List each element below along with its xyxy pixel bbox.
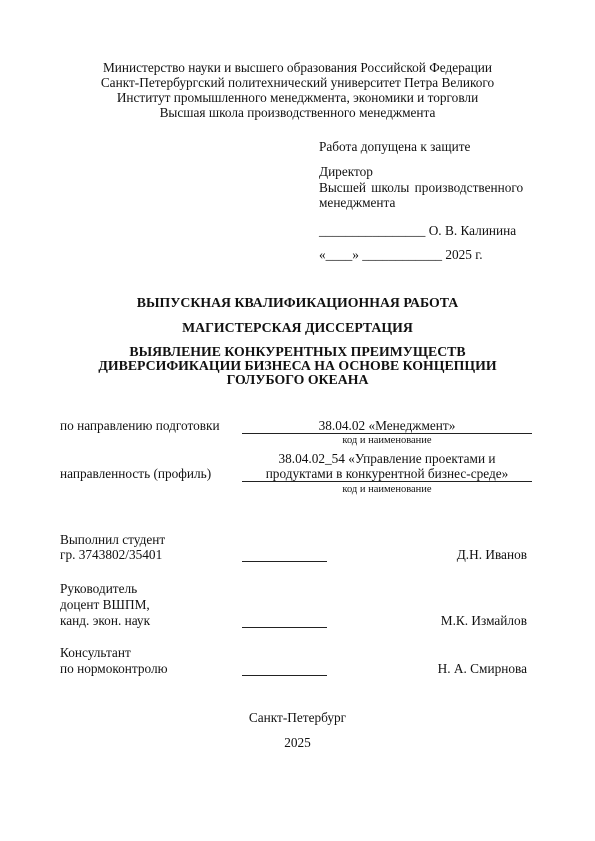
school-line: Высшая школа производственного менеджмен… bbox=[0, 105, 595, 121]
student-role: Выполнил студент bbox=[60, 532, 165, 548]
direction-hint: код и наименование bbox=[242, 435, 532, 447]
director-title: Директор bbox=[319, 164, 373, 180]
supervisor-position: доцент ВШПМ, bbox=[60, 597, 150, 613]
director-department-line2: менеджмента bbox=[319, 195, 395, 211]
student-group: гр. 3743802/35401 bbox=[60, 547, 162, 563]
date-month-blank: ____________ bbox=[362, 247, 442, 262]
university-line: Санкт-Петербургский политехнический унив… bbox=[0, 75, 595, 91]
topic-line-3: ГОЛУБОГО ОКЕАНА bbox=[0, 373, 595, 387]
supervisor-role: Руководитель bbox=[60, 581, 137, 597]
date-close-quote: » bbox=[352, 247, 359, 262]
footer-city: Санкт-Петербург bbox=[0, 710, 595, 726]
student-name: Д.Н. Иванов bbox=[457, 547, 527, 563]
consultant-name: Н. А. Смирнова bbox=[438, 661, 527, 677]
topic-line-2: ДИВЕРСИФИКАЦИИ БИЗНЕСА НА ОСНОВЕ КОНЦЕПЦ… bbox=[0, 359, 595, 373]
director-signature-row: ________________ О. В. Калинина bbox=[319, 223, 516, 239]
student-signature-line bbox=[242, 561, 327, 562]
direction-value: 38.04.02 «Менеджмент» bbox=[242, 418, 532, 434]
footer-year: 2025 bbox=[0, 735, 595, 751]
profile-underline bbox=[242, 481, 532, 482]
profile-value-line1: 38.04.02_54 «Управление проектами и bbox=[242, 451, 532, 467]
consultant-role: Консультант bbox=[60, 645, 131, 661]
direction-label: по направлению подготовки bbox=[60, 418, 220, 434]
work-subtype-title: МАГИСТЕРСКАЯ ДИССЕРТАЦИЯ bbox=[0, 320, 595, 336]
profile-hint: код и наименование bbox=[242, 484, 532, 496]
institute-line: Институт промышленного менеджмента, экон… bbox=[0, 90, 595, 106]
date-open-quote: « bbox=[319, 247, 326, 262]
director-name: О. В. Калинина bbox=[429, 223, 516, 238]
admitted-text: Работа допущена к защите bbox=[319, 139, 470, 155]
direction-underline bbox=[242, 433, 532, 434]
supervisor-name: М.К. Измайлов bbox=[441, 613, 527, 629]
profile-value-line2: продуктами в конкурентной бизнес-среде» bbox=[242, 466, 532, 482]
ministry-line: Министерство науки и высшего образования… bbox=[0, 60, 595, 76]
approval-date-row: «____» ____________ 2025 г. bbox=[319, 247, 483, 263]
date-day-blank: ____ bbox=[326, 247, 353, 262]
topic-line-1: ВЫЯВЛЕНИЕ КОНКУРЕНТНЫХ ПРЕИМУЩЕСТВ bbox=[0, 345, 595, 359]
work-type-title: ВЫПУСКНАЯ КВАЛИФИКАЦИОННАЯ РАБОТА bbox=[0, 295, 595, 311]
date-year: 2025 г. bbox=[445, 247, 482, 262]
consultant-area: по нормоконтролю bbox=[60, 661, 168, 677]
director-department-line1: Высшей школы производственного bbox=[319, 180, 523, 196]
profile-label: направленность (профиль) bbox=[60, 466, 211, 482]
consultant-signature-line bbox=[242, 675, 327, 676]
supervisor-degree: канд. экон. наук bbox=[60, 613, 150, 629]
signature-blank: ________________ bbox=[319, 223, 425, 238]
supervisor-signature-line bbox=[242, 627, 327, 628]
